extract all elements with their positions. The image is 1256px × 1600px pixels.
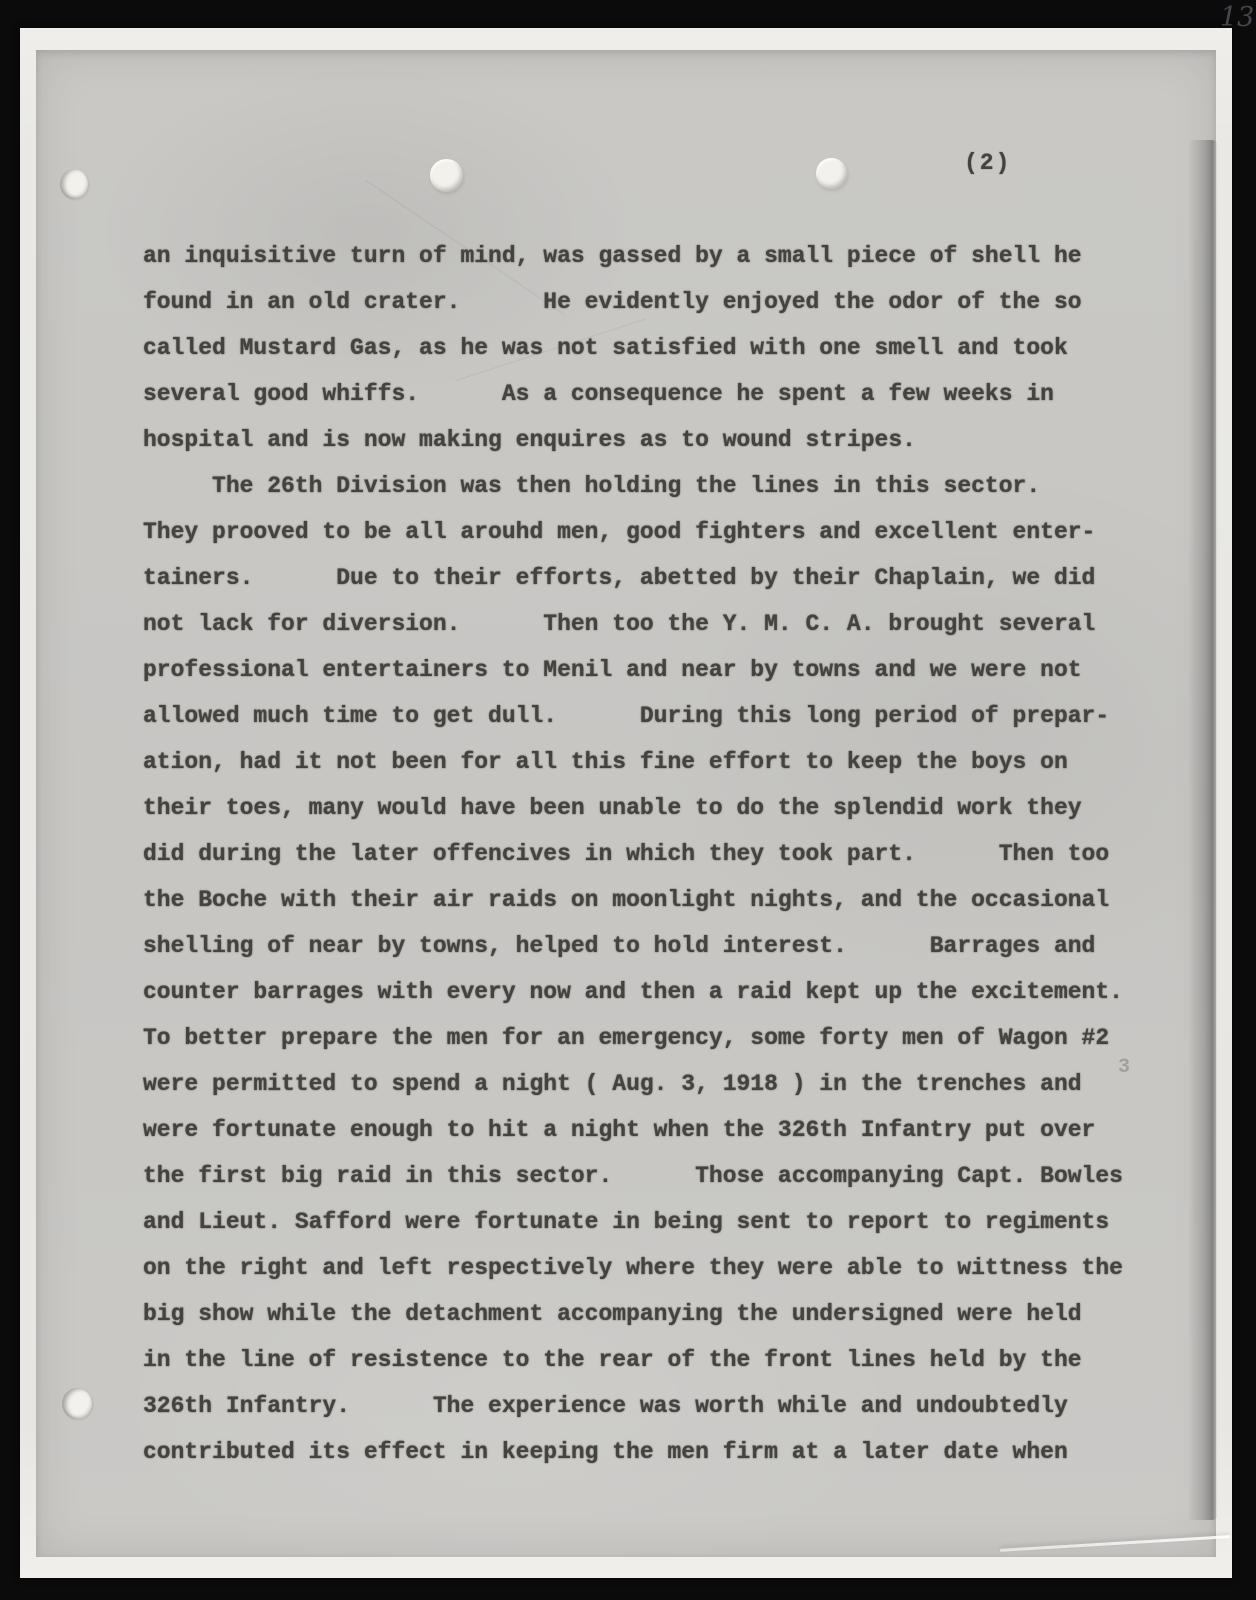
punch-hole-left-edge: [60, 169, 88, 199]
text-line: found in an old crater. He evidently enj…: [143, 279, 1173, 325]
text-line: on the right and left respectively where…: [143, 1245, 1173, 1291]
text-line: were fortunate enough to hit a night whe…: [143, 1107, 1173, 1153]
text-line: hospital and is now making enquires as t…: [143, 417, 1173, 463]
page-number: (2): [964, 150, 1011, 176]
typewritten-text-block: an inquisitive turn of mind, was gassed …: [143, 233, 1173, 1475]
text-line: not lack for diversion. Then too the Y. …: [143, 601, 1173, 647]
scan-background: { "page": { "page_number": "(2)", "lines…: [0, 0, 1256, 1600]
text-line: counter barrages with every now and then…: [143, 969, 1173, 1015]
faint-superscript-mark: 3: [1118, 1056, 1130, 1079]
text-line: ation, had it not been for all this fine…: [143, 739, 1173, 785]
text-line: To better prepare the men for an emergen…: [143, 1015, 1173, 1061]
text-line: professional entertainers to Menil and n…: [143, 647, 1173, 693]
punch-hole-bottom-left: [62, 1388, 92, 1419]
text-line: contributed its effect in keeping the me…: [143, 1429, 1173, 1475]
text-line: 326th Infantry. The experience was worth…: [143, 1383, 1173, 1429]
document-page: (2) an inquisitive turn of mind, was gas…: [36, 50, 1216, 1557]
punch-hole-top-left: [430, 159, 463, 192]
text-line: several good whiffs. As a consequence he…: [143, 371, 1173, 417]
text-line: did during the later offencives in which…: [143, 831, 1173, 877]
handwritten-corner-mark: 13: [1220, 2, 1254, 33]
text-line: were permitted to spend a night ( Aug. 3…: [143, 1061, 1173, 1107]
page-edge-crease: [1188, 140, 1218, 1520]
bottom-fold-line: [1000, 1535, 1230, 1552]
text-line: the Boche with their air raids on moonli…: [143, 877, 1173, 923]
text-line: called Mustard Gas, as he was not satisf…: [143, 325, 1173, 371]
text-line: their toes, many would have been unable …: [143, 785, 1173, 831]
text-line: The 26th Division was then holding the l…: [143, 463, 1173, 509]
text-line: They prooved to be all arouhd men, good …: [143, 509, 1173, 555]
text-line: allowed much time to get dull. During th…: [143, 693, 1173, 739]
text-line: shelling of near by towns, helped to hol…: [143, 923, 1173, 969]
text-line: and Lieut. Safford were fortunate in bei…: [143, 1199, 1173, 1245]
text-line: an inquisitive turn of mind, was gassed …: [143, 233, 1173, 279]
text-line: in the line of resistence to the rear of…: [143, 1337, 1173, 1383]
text-line: tainers. Due to their efforts, abetted b…: [143, 555, 1173, 601]
text-line: big show while the detachment accompanyi…: [143, 1291, 1173, 1337]
text-line: the first big raid in this sector. Those…: [143, 1153, 1173, 1199]
punch-hole-top-right: [816, 158, 847, 189]
